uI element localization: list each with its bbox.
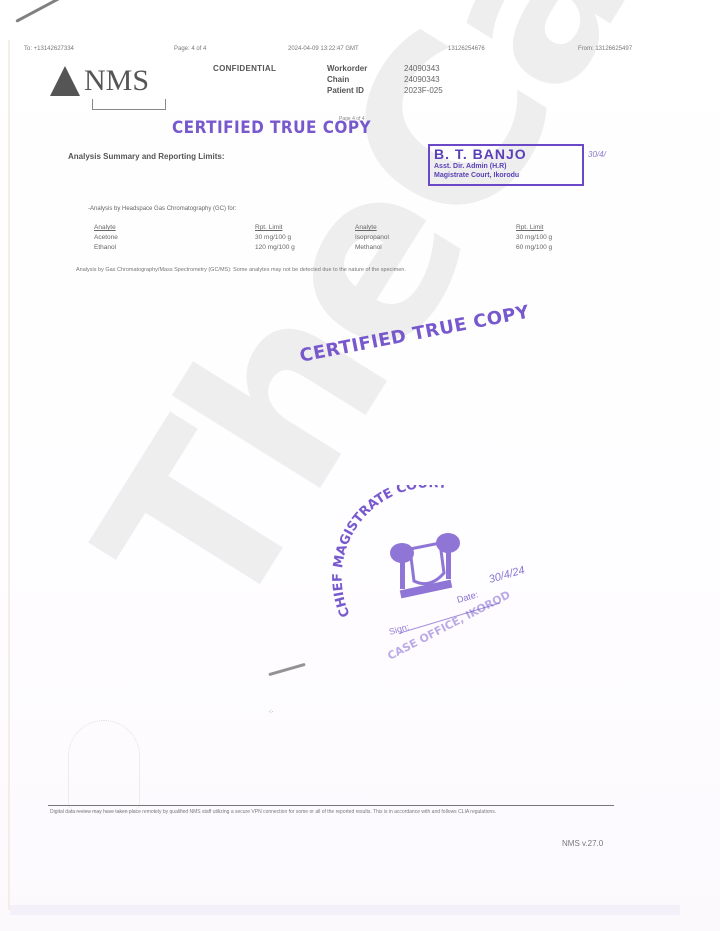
- meta-patient-id: Patient ID 2023F-025: [327, 85, 443, 96]
- analyte-limit: 30 mg/100 g: [516, 233, 552, 243]
- analyte-limit: 30 mg/100 g: [255, 233, 291, 243]
- footer-divider: [48, 805, 614, 806]
- court-seal-stamp: CHIEF MAGISTRATE COURT Date: 30/4/24 Sig…: [330, 485, 550, 665]
- svg-text:CHIEF MAGISTRATE COURT: CHIEF MAGISTRATE COURT: [331, 485, 448, 619]
- gc-intro: -Analysis by Headspace Gas Chromatograph…: [88, 206, 236, 212]
- fax-to: To: +13142627334: [24, 46, 74, 52]
- page-ref: Page 4 of 4: [339, 116, 365, 122]
- analyte-limit: 120 mg/100 g: [255, 243, 295, 253]
- section-title: Analysis Summary and Reporting Limits:: [68, 152, 224, 161]
- analyte-name: Methanol: [355, 243, 382, 253]
- fax-from: From: 13126625497: [578, 46, 632, 52]
- analyte-name: Isopropanol: [355, 233, 389, 243]
- nms-logo: NMS: [50, 66, 149, 96]
- logo-underline-box: [92, 99, 166, 110]
- scan-edge: [8, 40, 10, 910]
- analyte-limit: 60 mg/100 g: [516, 243, 552, 253]
- fax-number: 13126254676: [448, 46, 485, 52]
- footer-disclaimer: Digital data review may have taken place…: [50, 809, 610, 816]
- svg-text:Sign:: Sign:: [388, 622, 410, 637]
- signature-mark: ⁘: [268, 708, 274, 716]
- case-meta: Workorder 24090343 Chain 24090343 Patien…: [327, 63, 443, 96]
- officer-stamp: B. T. BANJO Asst. Dir. Admin (H.R) Magis…: [428, 144, 584, 186]
- meta-workorder: Workorder 24090343: [327, 63, 443, 74]
- header-limit: Rpt. Limit: [516, 223, 543, 233]
- svg-text:30/4/24: 30/4/24: [488, 564, 527, 586]
- fax-timestamp: 2024-04-09 13:22:47 GMT: [288, 46, 359, 52]
- document-page: TheCable To: +13142627334 Page: 4 of 4 2…: [0, 0, 720, 931]
- version-label: NMS v.27.0: [562, 839, 603, 848]
- faint-seal: [68, 720, 140, 812]
- pen-mark: [15, 0, 61, 23]
- logo-text: NMS: [84, 66, 149, 96]
- coat-of-arms-icon: [390, 533, 460, 598]
- header-analyte: Analyte: [94, 223, 116, 233]
- analyte-name: Acetone: [94, 233, 118, 243]
- analyte-name: Ethanol: [94, 243, 116, 253]
- svg-text:Date:: Date:: [456, 589, 479, 605]
- fax-page: Page: 4 of 4: [174, 46, 206, 52]
- header-analyte: Analyte: [355, 223, 377, 233]
- signature-mark: [268, 663, 305, 676]
- certified-true-copy-stamp: CERTIFIED TRUE COPY: [298, 302, 531, 367]
- gcms-note: Analysis by Gas Chromatography/Mass Spec…: [76, 267, 546, 274]
- scan-edge: [10, 905, 680, 915]
- header-limit: Rpt. Limit: [255, 223, 282, 233]
- meta-chain: Chain 24090343: [327, 74, 443, 85]
- handwritten-date: 30/4/: [588, 150, 606, 159]
- pyramid-icon: [50, 66, 80, 96]
- confidential-label: CONFIDENTIAL: [213, 64, 276, 73]
